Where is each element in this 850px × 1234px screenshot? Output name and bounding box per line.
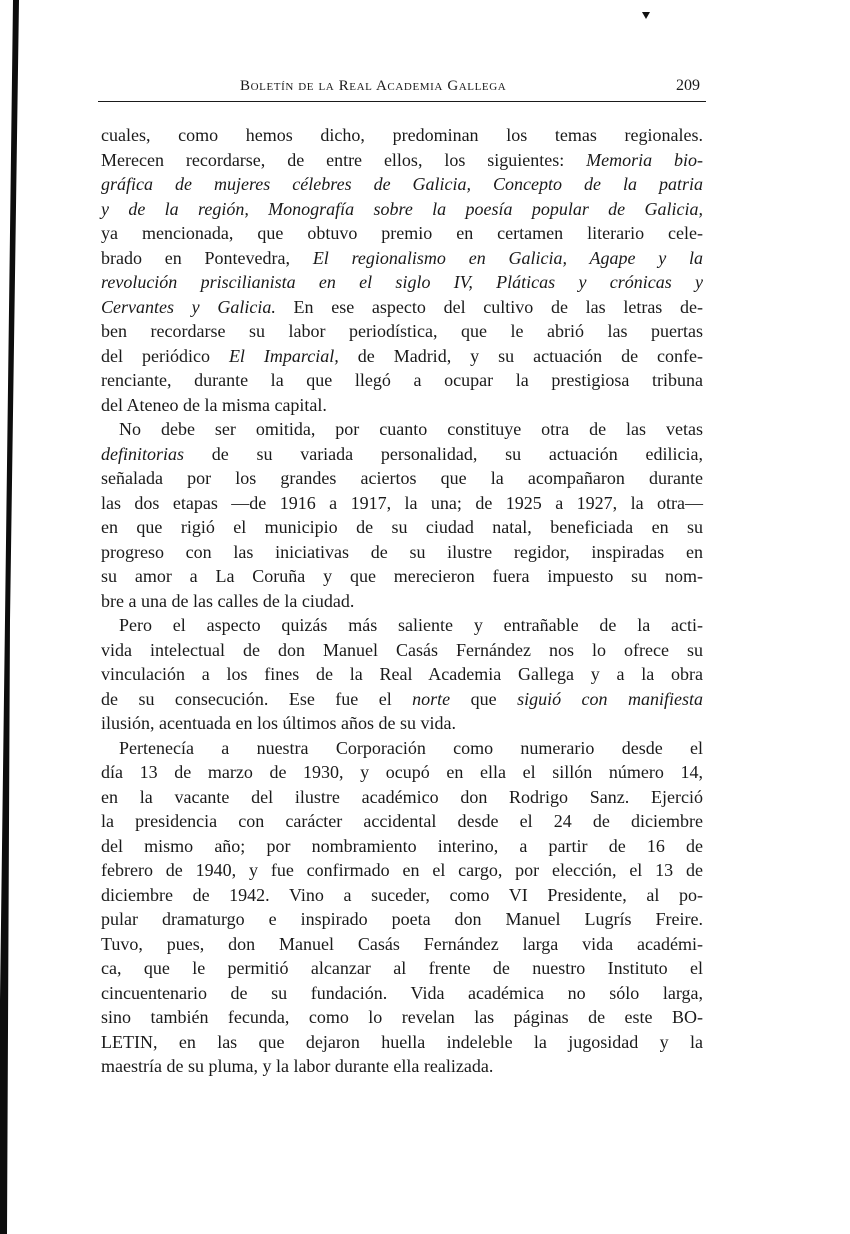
text-segment: Tuvo, pues, don Manuel Casás Fernández l… xyxy=(101,934,703,954)
text-segment: del mismo año; por nombramiento interino… xyxy=(101,836,703,856)
italic-title-segment: revolución priscilianista en el siglo IV… xyxy=(101,272,703,292)
text-line: en que rigió el municipio de su ciudad n… xyxy=(101,515,703,540)
text-segment: Merecen recordarse, de entre ellos, los … xyxy=(101,150,586,170)
text-line: pular dramaturgo e inspirado poeta don M… xyxy=(101,907,703,932)
italic-title-segment: Memoria bio- xyxy=(586,150,703,170)
italic-title-segment: gráfica de mujeres célebres de Galicia, … xyxy=(101,174,703,194)
italic-title-segment: Cervantes y Galicia. xyxy=(101,297,276,317)
scan-speck-mark xyxy=(642,12,650,19)
text-line: del periódico El Imparcial, de Madrid, y… xyxy=(101,344,703,369)
text-line: Cervantes y Galicia. En ese aspecto del … xyxy=(101,295,703,320)
text-line: definitorias de su variada personalidad,… xyxy=(101,442,703,467)
text-line: ilusión, acentuada en los últimos años d… xyxy=(101,711,703,736)
text-line: ben recordarse su labor periodística, qu… xyxy=(101,319,703,344)
text-line: Tuvo, pues, don Manuel Casás Fernández l… xyxy=(101,932,703,957)
text-segment: ya mencionada, que obtuvo premio en cert… xyxy=(101,223,703,243)
text-segment: sino también fecunda, como lo revelan la… xyxy=(101,1007,703,1027)
text-segment: vinculación a los fines de la Real Acade… xyxy=(101,664,703,684)
text-segment: día 13 de marzo de 1930, y ocupó en ella… xyxy=(101,762,703,782)
text-line: las dos etapas —de 1916 a 1917, la una; … xyxy=(101,491,703,516)
text-line: brado en Pontevedra, El regionalismo en … xyxy=(101,246,703,271)
header-rule xyxy=(98,101,706,102)
text-segment: cuales, como hemos dicho, predominan los… xyxy=(101,125,703,145)
text-segment: ilusión, acentuada en los últimos años d… xyxy=(101,713,456,733)
text-segment: Pertenecía a nuestra Corporación como nu… xyxy=(119,738,703,758)
text-segment: diciembre de 1942. Vino a suceder, como … xyxy=(101,885,703,905)
scan-edge-shadow xyxy=(0,0,22,1234)
text-line: Pertenecía a nuestra Corporación como nu… xyxy=(101,736,703,761)
text-line: vinculación a los fines de la Real Acade… xyxy=(101,662,703,687)
text-line: bre a una de las calles de la ciudad. xyxy=(101,589,703,614)
text-line: progreso con las iniciativas de su ilust… xyxy=(101,540,703,565)
italic-title-segment: siguió con manifiesta xyxy=(517,689,703,709)
text-line: febrero de 1940, y fue confirmado en el … xyxy=(101,858,703,883)
text-segment: LETIN, en las que dejaron huella indeleb… xyxy=(101,1032,703,1052)
paragraph: cuales, como hemos dicho, predominan los… xyxy=(101,123,703,417)
paragraph: Pertenecía a nuestra Corporación como nu… xyxy=(101,736,703,1079)
page-header: Boletín de la Real Academia Gallega 209 xyxy=(98,74,706,98)
text-segment: ca, que le permitió alcanzar al frente d… xyxy=(101,958,703,978)
text-segment: bre a una de las calles de la ciudad. xyxy=(101,591,354,611)
text-line: gráfica de mujeres célebres de Galicia, … xyxy=(101,172,703,197)
text-line: vida intelectual de don Manuel Casás Fer… xyxy=(101,638,703,663)
text-line: en la vacante del ilustre académico don … xyxy=(101,785,703,810)
text-segment: renciante, durante la que llegó a ocupar… xyxy=(101,370,703,390)
text-segment: las dos etapas —de 1916 a 1917, la una; … xyxy=(101,493,703,513)
text-line: maestría de su pluma, y la labor durante… xyxy=(101,1054,703,1079)
text-segment: progreso con las iniciativas de su ilust… xyxy=(101,542,703,562)
text-segment: de su consecución. Ese fue el xyxy=(101,689,412,709)
text-segment: señalada por los grandes aciertos que la… xyxy=(101,468,703,488)
paragraph: Pero el aspecto quizás más saliente y en… xyxy=(101,613,703,736)
text-segment: No debe ser omitida, por cuanto constitu… xyxy=(119,419,703,439)
text-line: Pero el aspecto quizás más saliente y en… xyxy=(101,613,703,638)
italic-title-segment: El regionalismo en Galicia, Agape y la xyxy=(313,248,703,268)
text-segment: pular dramaturgo e inspirado poeta don M… xyxy=(101,909,703,929)
text-line: revolución priscilianista en el siglo IV… xyxy=(101,270,703,295)
text-segment: maestría de su pluma, y la labor durante… xyxy=(101,1056,493,1076)
text-segment: su amor a La Coruña y que merecieron fue… xyxy=(101,566,703,586)
text-line: y de la región, Monografía sobre la poes… xyxy=(101,197,703,222)
text-line: ya mencionada, que obtuvo premio en cert… xyxy=(101,221,703,246)
italic-title-segment: El Imparcial, xyxy=(229,346,339,366)
text-segment: brado en Pontevedra, xyxy=(101,248,313,268)
italic-title-segment: y de la región, Monografía sobre la poes… xyxy=(101,199,703,219)
text-line: del Ateneo de la misma capital. xyxy=(101,393,703,418)
paragraph: No debe ser omitida, por cuanto constitu… xyxy=(101,417,703,613)
text-segment: de Madrid, y su actuación de confe- xyxy=(339,346,703,366)
text-line: la presidencia con carácter accidental d… xyxy=(101,809,703,834)
text-line: cincuentenario de su fundación. Vida aca… xyxy=(101,981,703,1006)
running-title: Boletín de la Real Academia Gallega xyxy=(240,78,506,95)
text-line: cuales, como hemos dicho, predominan los… xyxy=(101,123,703,148)
text-segment: del periódico xyxy=(101,346,229,366)
text-line: sino también fecunda, como lo revelan la… xyxy=(101,1005,703,1030)
text-segment: del Ateneo de la misma capital. xyxy=(101,395,327,415)
text-line: diciembre de 1942. Vino a suceder, como … xyxy=(101,883,703,908)
text-segment: vida intelectual de don Manuel Casás Fer… xyxy=(101,640,703,660)
text-segment: en que rigió el municipio de su ciudad n… xyxy=(101,517,703,537)
text-line: Merecen recordarse, de entre ellos, los … xyxy=(101,148,703,173)
text-line: señalada por los grandes aciertos que la… xyxy=(101,466,703,491)
text-segment: cincuentenario de su fundación. Vida aca… xyxy=(101,983,703,1003)
text-line: ca, que le permitió alcanzar al frente d… xyxy=(101,956,703,981)
text-line: renciante, durante la que llegó a ocupar… xyxy=(101,368,703,393)
text-segment: ben recordarse su labor periodística, qu… xyxy=(101,321,703,341)
italic-title-segment: norte xyxy=(412,689,450,709)
text-line: día 13 de marzo de 1930, y ocupó en ella… xyxy=(101,760,703,785)
text-segment: de su variada personalidad, su actuación… xyxy=(184,444,703,464)
text-line: LETIN, en las que dejaron huella indeleb… xyxy=(101,1030,703,1055)
text-segment: En ese aspecto del cultivo de las letras… xyxy=(276,297,703,317)
text-line: No debe ser omitida, por cuanto constitu… xyxy=(101,417,703,442)
text-line: de su consecución. Ese fue el norte que … xyxy=(101,687,703,712)
text-line: su amor a La Coruña y que merecieron fue… xyxy=(101,564,703,589)
text-segment: la presidencia con carácter accidental d… xyxy=(101,811,703,831)
text-segment: febrero de 1940, y fue confirmado en el … xyxy=(101,860,703,880)
page-number: 209 xyxy=(676,77,700,95)
text-line: del mismo año; por nombramiento interino… xyxy=(101,834,703,859)
text-segment: Pero el aspecto quizás más saliente y en… xyxy=(119,615,703,635)
italic-title-segment: definitorias xyxy=(101,444,184,464)
body-text: cuales, como hemos dicho, predominan los… xyxy=(101,123,703,1079)
text-segment: en la vacante del ilustre académico don … xyxy=(101,787,703,807)
text-segment: que xyxy=(450,689,517,709)
